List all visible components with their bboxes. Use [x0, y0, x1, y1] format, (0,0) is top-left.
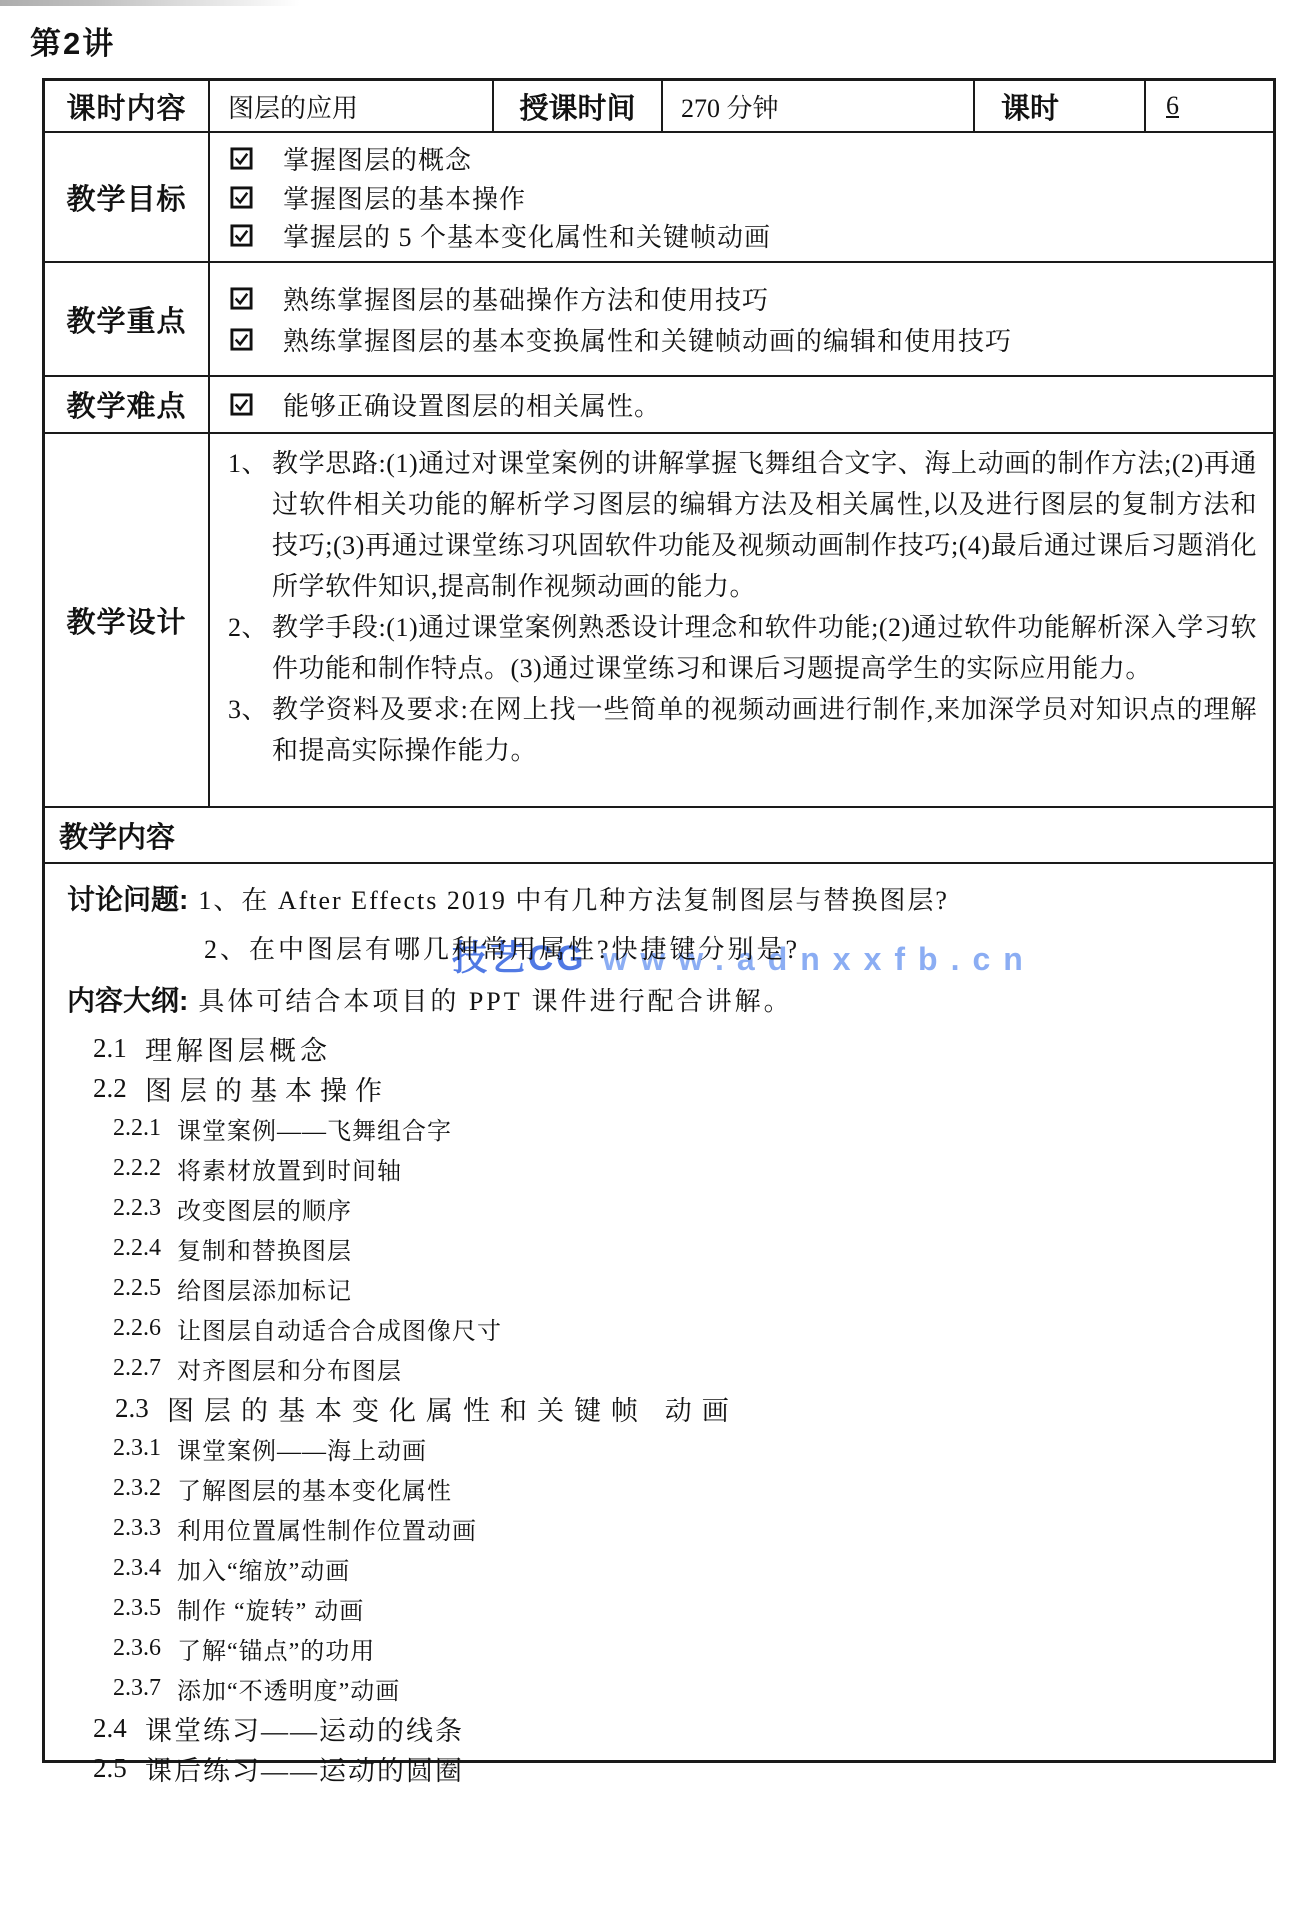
- outline-number: 2.2.7: [113, 1355, 177, 1382]
- outline-text: 将素材放置到时间轴: [177, 1151, 402, 1186]
- outline-text: 改变图层的顺序: [177, 1191, 352, 1226]
- outline-number: 2.3.1: [113, 1435, 177, 1462]
- outline-text: 理解图层概念: [145, 1029, 331, 1068]
- design-item-number: 1、: [228, 443, 268, 484]
- checkbox-checked-icon: [230, 287, 253, 310]
- checkbox-checked-icon: [230, 393, 253, 416]
- outline-text: 了解“锚点”的功用: [177, 1631, 375, 1666]
- list-item: 熟练掌握图层的基础操作方法和使用技巧: [230, 278, 769, 319]
- outline-text: 课堂练习——运动的线条: [145, 1709, 464, 1748]
- goals-label: 教学目标: [45, 133, 208, 261]
- outline-number: 2.3.5: [113, 1595, 177, 1622]
- outline-item: 2.3.4加入“缩放”动画: [113, 1548, 1259, 1588]
- outline-number: 2.3.4: [113, 1555, 177, 1582]
- outline-item: 2.3.3利用位置属性制作位置动画: [113, 1508, 1259, 1548]
- checkbox-checked-icon: [230, 186, 253, 209]
- design-item-text: 教学思路:(1)通过对课堂案例的讲解掌握飞舞组合文字、海上动画的制作方法;(2)…: [272, 449, 1257, 601]
- outline-item: 2.2.3改变图层的顺序: [113, 1188, 1259, 1228]
- outline-text: 复制和替换图层: [177, 1231, 352, 1266]
- outline-text: 加入“缩放”动画: [177, 1551, 350, 1586]
- teaching-content: 讨论问题: 1、在 After Effects 2019 中有几种方法复制图层与…: [45, 864, 1273, 1788]
- goal-text: 掌握图层的概念: [283, 140, 472, 177]
- cell-class-hours-label: 课时: [973, 81, 1144, 131]
- outline-number: 2.2.2: [113, 1155, 177, 1182]
- discussion-question-1: 讨论问题: 1、在 After Effects 2019 中有几种方法复制图层与…: [67, 878, 1259, 918]
- list-item: 熟练掌握图层的基本变换属性和关键帧动画的编辑和使用技巧: [230, 319, 1012, 360]
- keypoints-label: 教学重点: [45, 263, 208, 375]
- outline-text: 利用位置属性制作位置动画: [177, 1511, 477, 1546]
- cell-class-hours-value: 6: [1166, 91, 1179, 121]
- design-item: 3、 教学资料及要求:在网上找一些简单的视频动画进行制作,来加深学员对知识点的理…: [226, 689, 1257, 771]
- outline-text: 图层的基本操作: [145, 1069, 390, 1108]
- checkbox-checked-icon: [230, 147, 253, 170]
- outline-item: 2.2.2将素材放置到时间轴: [113, 1148, 1259, 1188]
- scan-artifact: [0, 0, 300, 6]
- list-item: 掌握层的 5 个基本变化属性和关键帧动画: [230, 216, 771, 255]
- outline-number: 2.2: [93, 1073, 145, 1104]
- outline-text: 了解图层的基本变化属性: [177, 1471, 452, 1506]
- table-row-content: 讨论问题: 1、在 After Effects 2019 中有几种方法复制图层与…: [45, 862, 1273, 1788]
- list-item: 能够正确设置图层的相关属性。: [230, 384, 661, 425]
- outline-number: 2.5: [93, 1753, 145, 1784]
- question-text: 1、在 After Effects 2019 中有几种方法复制图层与替换图层?: [198, 880, 949, 917]
- list-item: 掌握图层的概念: [230, 139, 472, 178]
- table-row-section-header: 教学内容: [45, 806, 1273, 862]
- outline-item: 2.3图层的基本变化属性和关键帧 动画: [115, 1388, 1259, 1428]
- outline-number: 2.3.2: [113, 1475, 177, 1502]
- outline-item: 2.3.7添加“不透明度”动画: [113, 1668, 1259, 1708]
- table-row-design: 教学设计 1、 教学思路:(1)通过对课堂案例的讲解掌握飞舞组合文字、海上动画的…: [45, 432, 1273, 806]
- cell-teaching-time-label: 授课时间: [492, 81, 661, 131]
- design-label: 教学设计: [45, 434, 208, 806]
- design-item-text: 教学手段:(1)通过课堂案例熟悉设计理念和软件功能;(2)通过软件功能解析深入学…: [272, 613, 1257, 683]
- keypoint-text: 熟练掌握图层的基本变换属性和关键帧动画的编辑和使用技巧: [283, 321, 1012, 358]
- cell-lesson-content-value: 图层的应用: [208, 81, 492, 131]
- outline-number: 2.2.3: [113, 1195, 177, 1222]
- goal-text: 掌握图层的基本操作: [283, 179, 526, 216]
- outline-item: 2.2.7对齐图层和分布图层: [113, 1348, 1259, 1388]
- outline-item: 2.3.6了解“锚点”的功用: [113, 1628, 1259, 1668]
- outline-text: 添加“不透明度”动画: [177, 1671, 400, 1706]
- lesson-plan-page: 第2讲 技艺CG www.adnxxfb.cn 课时内容 图层的应用 授课时间 …: [0, 0, 1311, 1915]
- outline-text: 给图层添加标记: [177, 1271, 352, 1306]
- outline-number: 2.2.1: [113, 1115, 177, 1142]
- difficulties-label: 教学难点: [45, 377, 208, 432]
- table-row-keypoints: 教学重点 熟练掌握图层的基础操作方法和使用技巧 熟练掌握图层的基本变换属性和关键…: [45, 261, 1273, 375]
- design-item: 1、 教学思路:(1)通过对课堂案例的讲解掌握飞舞组合文字、海上动画的制作方法;…: [226, 443, 1257, 607]
- design-item-text: 教学资料及要求:在网上找一些简单的视频动画进行制作,来加深学员对知识点的理解和提…: [272, 695, 1257, 765]
- outline-text: 对齐图层和分布图层: [177, 1351, 402, 1386]
- content-outline: 2.1理解图层概念 2.2图层的基本操作 2.2.1课堂案例——飞舞组合字 2.…: [67, 1028, 1259, 1788]
- page-title: 第2讲: [30, 18, 115, 63]
- outline-number: 2.3: [115, 1393, 167, 1424]
- outline-item: 2.2.4复制和替换图层: [113, 1228, 1259, 1268]
- outline-text: 让图层自动适合合成图像尺寸: [177, 1311, 502, 1346]
- keypoint-text: 熟练掌握图层的基础操作方法和使用技巧: [283, 280, 769, 317]
- outline-number: 2.4: [93, 1713, 145, 1744]
- outline-item: 2.2.6让图层自动适合合成图像尺寸: [113, 1308, 1259, 1348]
- outline-text: 课堂案例——飞舞组合字: [177, 1111, 452, 1146]
- table-row-header: 课时内容 图层的应用 授课时间 270 分钟 课时 6: [45, 81, 1273, 131]
- table-row-difficulties: 教学难点 能够正确设置图层的相关属性。: [45, 375, 1273, 432]
- outline-item: 2.2.5给图层添加标记: [113, 1268, 1259, 1308]
- outline-intro-line: 内容大纲: 具体可结合本项目的 PPT 课件进行配合讲解。: [67, 979, 1259, 1019]
- design-item-number: 2、: [228, 607, 268, 648]
- goals-list: 掌握图层的概念 掌握图层的基本操作 掌握层的 5 个基本变化属性和关键帧动画: [208, 133, 1273, 261]
- checkbox-checked-icon: [230, 328, 253, 351]
- outline-item: 2.3.2了解图层的基本变化属性: [113, 1468, 1259, 1508]
- design-item-number: 3、: [228, 689, 268, 730]
- design-item: 2、 教学手段:(1)通过课堂案例熟悉设计理念和软件功能;(2)通过软件功能解析…: [226, 607, 1257, 689]
- cell-lesson-content-label: 课时内容: [45, 81, 208, 131]
- checkbox-checked-icon: [230, 224, 253, 247]
- lesson-plan-table: 课时内容 图层的应用 授课时间 270 分钟 课时 6 教学目标 掌握图层的概念…: [42, 78, 1276, 1763]
- outline-text: 课后练习——运动的圆圈: [145, 1749, 464, 1788]
- outline-item: 2.2.1课堂案例——飞舞组合字: [113, 1108, 1259, 1148]
- table-row-goals: 教学目标 掌握图层的概念 掌握图层的基本操作 掌握层的 5 个基本变化属性和关键…: [45, 131, 1273, 261]
- outline-text: 图层的基本变化属性和关键帧 动画: [167, 1389, 739, 1428]
- outline-number: 2.2.4: [113, 1235, 177, 1262]
- outline-item: 2.1理解图层概念: [93, 1028, 1259, 1068]
- outline-item: 2.2图层的基本操作: [93, 1068, 1259, 1108]
- cell-teaching-time-value: 270 分钟: [661, 81, 973, 131]
- outline-number: 2.3.3: [113, 1515, 177, 1542]
- outline-number: 2.1: [93, 1033, 145, 1064]
- list-item: 掌握图层的基本操作: [230, 178, 526, 217]
- outline-text: 课堂案例——海上动画: [177, 1431, 427, 1466]
- goal-text: 掌握层的 5 个基本变化属性和关键帧动画: [283, 217, 771, 254]
- outline-text: 制作 “旋转” 动画: [177, 1591, 364, 1626]
- outline-number: 2.3.6: [113, 1635, 177, 1662]
- outline-number: 2.2.5: [113, 1275, 177, 1302]
- outline-number: 2.2.6: [113, 1315, 177, 1342]
- outline-label: 内容大纲:: [67, 979, 188, 1019]
- discussion-label: 讨论问题:: [67, 878, 188, 918]
- outline-number: 2.3.7: [113, 1675, 177, 1702]
- outline-item: 2.3.5制作 “旋转” 动画: [113, 1588, 1259, 1628]
- difficulties-list: 能够正确设置图层的相关属性。: [208, 377, 1273, 432]
- keypoints-list: 熟练掌握图层的基础操作方法和使用技巧 熟练掌握图层的基本变换属性和关键帧动画的编…: [208, 263, 1273, 375]
- outline-intro-text: 具体可结合本项目的 PPT 课件进行配合讲解。: [198, 981, 792, 1018]
- design-list: 1、 教学思路:(1)通过对课堂案例的讲解掌握飞舞组合文字、海上动画的制作方法;…: [208, 434, 1273, 806]
- section-header: 教学内容: [45, 808, 1273, 862]
- discussion-question-2: 2、在中图层有哪几种常用属性?快捷键分别是?: [204, 929, 1259, 966]
- outline-item: 2.4课堂练习——运动的线条: [93, 1708, 1259, 1748]
- difficulty-text: 能够正确设置图层的相关属性。: [283, 386, 661, 423]
- outline-item: 2.3.1课堂案例——海上动画: [113, 1428, 1259, 1468]
- outline-item: 2.5课后练习——运动的圆圈: [93, 1748, 1259, 1788]
